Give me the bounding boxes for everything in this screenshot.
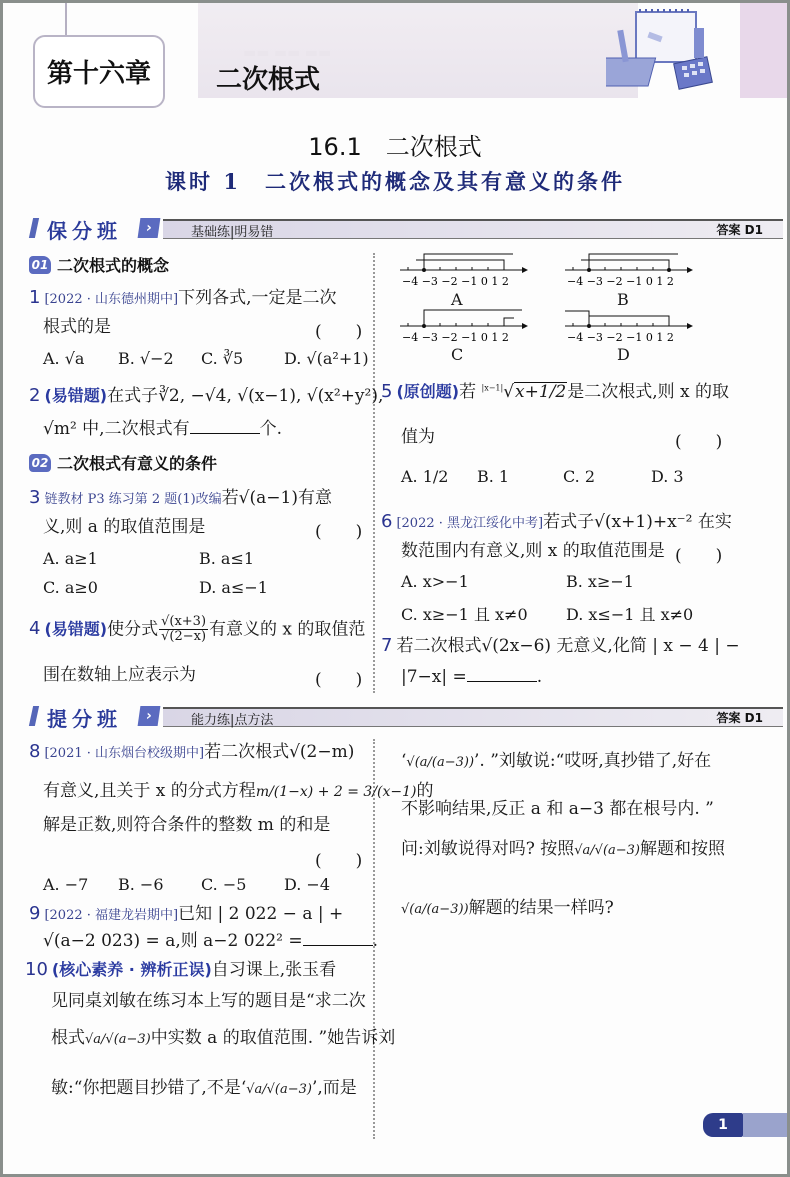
question-text: ’,而是 <box>312 1078 357 1098</box>
question-tag: (原创题) <box>396 382 459 401</box>
answer-paren[interactable]: ( ) <box>315 317 362 342</box>
option-b[interactable]: B. x≥−1 <box>566 572 634 591</box>
question-text: 敏:“你把题目抄错了,不是‘ <box>51 1078 246 1098</box>
question-text: 自习课上,张玉看 <box>212 960 336 980</box>
chapter-label: 第十六章 <box>33 35 165 108</box>
option-c[interactable]: C. x≥−1 且 x≠0 <box>401 602 528 625</box>
chevron-right-icon: › <box>138 218 161 238</box>
stationery-illustration-icon <box>606 8 741 98</box>
question-text: 有意义的 x 的取值范 <box>209 619 365 639</box>
question-tag: (核心素养 · 辨析正误) <box>52 960 212 979</box>
svg-text:−4 −3 −2 −1 0 1 2: −4 −3 −2 −1 0 1 2 <box>567 275 674 288</box>
chapter-name: 二次根式 <box>216 59 320 96</box>
question-2-line2: √m² 中,二次根式有个. <box>43 419 282 439</box>
question-5: 5(原创题)若 |x−1|√x+1/2是二次根式,则 x 的取 <box>381 381 729 403</box>
section-bar-advanced: 提分班 › 能力练|点方法 答案 D1 <box>23 703 783 729</box>
question-9-line2: √(a−2 023) = a,则 a−2 022² =. <box>43 931 378 951</box>
question-4-line2: 围在数轴上应表示为 <box>43 665 196 685</box>
question-10-line6: 不影响结果,反正 a 和 a−3 都在根号内. ” <box>401 799 714 819</box>
question-text: 已知 | 2 022 − a | + <box>178 904 343 924</box>
page-number-tab: 1 <box>703 1113 743 1137</box>
question-source: [2022 · 福建龙岩期中] <box>44 908 178 923</box>
answer-blank[interactable] <box>190 420 260 434</box>
question-text: 若二次根式√(2−m) <box>204 742 354 762</box>
question-text: 在式子∛2, −√4, √(x−1), √(x²+y²), <box>107 386 383 406</box>
question-10-line8: √(a/(a−3))解题的结果一样吗? <box>401 898 614 918</box>
question-8-line2: 有意义,且关于 x 的分式方程m/(1−x) + 2 = 3/(x−1)的 <box>43 781 434 801</box>
question-number: 1 <box>29 287 40 308</box>
header-right-band <box>740 3 787 98</box>
svg-text:−4 −3 −2 −1 0 1 2: −4 −3 −2 −1 0 1 2 <box>402 331 509 344</box>
question-5-line2: 值为 <box>401 427 435 447</box>
option-c[interactable]: C. 2 <box>563 467 595 486</box>
numberline-option-c[interactable]: −4 −3 −2 −1 0 1 2 <box>398 306 548 346</box>
option-b[interactable]: B. 1 <box>477 467 509 486</box>
numberline-option-a[interactable]: −4 −3 −2 −1 0 1 2 <box>398 250 548 290</box>
lesson-title: 课时 1 二次根式的概念及其有意义的条件 <box>3 166 787 196</box>
question-text: √m² 中,二次根式有 <box>43 419 190 439</box>
option-d[interactable]: D. x≤−1 且 x≠0 <box>566 602 693 625</box>
option-c[interactable]: C. a≥0 <box>43 578 98 597</box>
numberline-option-b[interactable]: −4 −3 −2 −1 0 1 2 <box>563 250 713 290</box>
answer-paren[interactable]: ( ) <box>315 665 362 690</box>
radicand: x+1/2 <box>514 382 567 402</box>
question-number: 3 <box>29 487 40 508</box>
option-b[interactable]: B. a≤1 <box>199 549 254 568</box>
option-b[interactable]: B. √−2 <box>118 349 174 368</box>
question-10-line5: ‘√(a/(a−3))’. ”刘敏说:“哎呀,真抄错了,好在 <box>401 751 711 771</box>
question-4: 4(易错题)使分式√(x+3)√(2−x)有意义的 x 的取值范 <box>29 615 365 645</box>
question-source: 链教材 P3 练习第 2 题(1)改编 <box>44 492 221 507</box>
option-a[interactable]: A. x>−1 <box>401 572 469 591</box>
answer-reference: 答案 D1 <box>717 709 764 726</box>
question-number: 8 <box>29 741 40 762</box>
question-9: 9[2022 · 福建龙岩期中]已知 | 2 022 − a | + <box>29 903 343 925</box>
fraction: √a/√(a−3) <box>574 843 640 858</box>
option-a[interactable]: A. √a <box>43 349 84 368</box>
question-2: 2(易错题)在式子∛2, −√4, √(x−1), √(x²+y²), <box>29 385 383 407</box>
question-10-line7: 问:刘敏说得对吗? 按照√a/√(a−3)解题和按照 <box>401 839 725 859</box>
topic-label: 二次根式有意义的条件 <box>57 451 217 474</box>
fraction: √(x+3)√(2−x) <box>159 615 208 645</box>
question-text: 下列各式,一定是二次 <box>178 288 336 308</box>
question-number: 2 <box>29 385 40 406</box>
question-6: 6[2022 · 黑龙江绥化中考]若式子√(x+1)+x⁻² 在实 <box>381 511 732 533</box>
bar-slash-decor <box>29 218 39 238</box>
option-d[interactable]: D. −4 <box>284 875 330 894</box>
question-text: 有意义,且关于 x 的分式方程 <box>43 781 256 801</box>
svg-text:−4 −3 −2 −1 0 1 2: −4 −3 −2 −1 0 1 2 <box>402 275 509 288</box>
question-10: 10(核心素养 · 辨析正误)自习课上,张玉看 <box>25 959 336 981</box>
question-number: 6 <box>381 511 392 532</box>
option-c[interactable]: C. −5 <box>201 875 246 894</box>
fraction: √a/√(a−3) <box>85 1032 151 1047</box>
question-text: 问:刘敏说得对吗? 按照 <box>401 839 574 859</box>
question-text: 若二次根式√(2x−6) 无意义,化简 | x − 4 | − <box>396 636 739 656</box>
svg-text:−4 −3 −2 −1 0 1 2: −4 −3 −2 −1 0 1 2 <box>567 331 674 344</box>
question-1-line2: 根式的是 <box>43 317 111 337</box>
chapter-connector-line <box>65 3 67 37</box>
answer-paren[interactable]: ( ) <box>675 541 722 566</box>
option-d[interactable]: D. a≤−1 <box>199 578 268 597</box>
answer-paren[interactable]: ( ) <box>315 846 362 871</box>
topic-heading-01: 01 二次根式的概念 <box>29 253 169 276</box>
topic-label: 二次根式的概念 <box>57 253 169 276</box>
question-3: 3链教材 P3 练习第 2 题(1)改编若√(a−1)有意 <box>29 487 332 509</box>
question-text: 若式子√(x+1)+x⁻² 在实 <box>543 512 732 532</box>
option-a[interactable]: A. 1/2 <box>401 467 448 486</box>
option-d[interactable]: D. 3 <box>651 467 684 486</box>
question-text: 使分式 <box>107 619 158 639</box>
answer-blank[interactable] <box>303 932 373 946</box>
answer-blank[interactable] <box>467 668 537 682</box>
question-3-line2: 义,则 a 的取值范围是 <box>43 517 205 537</box>
question-source: [2021 · 山东烟台校级期中] <box>44 746 204 761</box>
question-text: 的 <box>417 781 434 801</box>
textbook-page: ▬▬ ▬▬ ▬▬ 第十六章 二次根式 16.1 二次根式 课时 1 二次根式的概… <box>3 3 787 1174</box>
question-text: 解题和按照 <box>640 839 725 859</box>
question-text: √(a−2 023) = a,则 a−2 022² = <box>43 931 303 951</box>
question-text: 若 <box>459 382 476 402</box>
answer-paren[interactable]: ( ) <box>675 427 722 452</box>
question-number: 9 <box>29 903 40 924</box>
question-8-line3: 解是正数,则符合条件的整数 m 的和是 <box>43 815 330 835</box>
question-8: 8[2021 · 山东烟台校级期中]若二次根式√(2−m) <box>29 741 354 763</box>
question-10-line2: 见同桌刘敏在练习本上写的题目是“求二次 <box>51 991 366 1011</box>
topic-heading-02: 02 二次根式有意义的条件 <box>29 451 217 474</box>
question-text: 解题的结果一样吗? <box>469 898 614 918</box>
option-b[interactable]: B. −6 <box>118 875 164 894</box>
question-7: 7若二次根式√(2x−6) 无意义,化简 | x − 4 | − <box>381 635 740 657</box>
column-divider <box>373 253 375 693</box>
question-source: [2022 · 山东德州期中] <box>44 292 178 307</box>
question-text: 中实数 a 的取值范围. ”她告诉刘 <box>151 1028 395 1048</box>
page-number-tab-tail <box>743 1113 787 1137</box>
question-6-line2: 数范围内有意义,则 x 的取值范围是 <box>401 541 665 561</box>
question-text: 根式 <box>51 1028 85 1048</box>
question-7-line2: |7−x| =. <box>401 667 542 687</box>
topic-number-badge: 02 <box>29 454 51 472</box>
question-text: 是二次根式,则 x 的取 <box>567 382 729 402</box>
question-tag: (易错题) <box>44 386 107 405</box>
question-text: ’. ”刘敏说:“哎呀,真抄错了,好在 <box>474 751 711 771</box>
bar-name: 保分班 <box>47 215 122 244</box>
question-number: 10 <box>25 959 48 980</box>
option-c[interactable]: C. ∛5 <box>201 349 243 368</box>
fraction-numerator: √(x+3) <box>159 615 208 630</box>
bar-name: 提分班 <box>47 703 122 732</box>
question-number: 4 <box>29 618 40 639</box>
question-10-line4: 敏:“你把题目抄错了,不是‘√a/√(a−3)’,而是 <box>51 1078 357 1098</box>
question-10-line3: 根式√a/√(a−3)中实数 a 的取值范围. ”她告诉刘 <box>51 1028 395 1048</box>
option-d[interactable]: D. √(a²+1) <box>284 349 369 368</box>
numberline-label: C <box>451 345 463 364</box>
fraction: √a/√(a−3) <box>246 1082 312 1097</box>
section-bar-basic: 保分班 › 基础练|明易错 答案 D1 <box>23 215 783 241</box>
option-a[interactable]: A. a≥1 <box>43 549 98 568</box>
section-title: 16.1 二次根式 <box>3 127 787 162</box>
question-tag: (易错题) <box>44 619 107 638</box>
bar-subtitle: 能力练|点方法 <box>191 709 273 728</box>
equation: m/(1−x) + 2 = 3/(x−1) <box>256 784 417 800</box>
question-text: |7−x| = <box>401 667 467 687</box>
answer-paren[interactable]: ( ) <box>315 517 362 542</box>
root-index: |x−1| <box>482 383 504 392</box>
fraction-denominator: √(2−x) <box>161 630 206 644</box>
bar-subtitle: 基础练|明易错 <box>191 221 273 240</box>
numberline-label: D <box>617 345 630 364</box>
question-number: 5 <box>381 381 392 402</box>
topic-number-badge: 01 <box>29 256 51 274</box>
question-number: 7 <box>381 635 392 656</box>
bar-slash-decor <box>29 706 39 726</box>
question-text: 个. <box>260 419 282 439</box>
question-source: [2022 · 黑龙江绥化中考] <box>396 516 543 531</box>
chevron-right-icon: › <box>138 706 161 726</box>
answer-reference: 答案 D1 <box>717 221 764 238</box>
numberline-option-d[interactable]: −4 −3 −2 −1 0 1 2 <box>563 306 713 346</box>
question-1: 1[2022 · 山东德州期中]下列各式,一定是二次 <box>29 287 336 309</box>
option-a[interactable]: A. −7 <box>43 875 88 894</box>
question-text: 若√(a−1)有意 <box>222 488 332 508</box>
